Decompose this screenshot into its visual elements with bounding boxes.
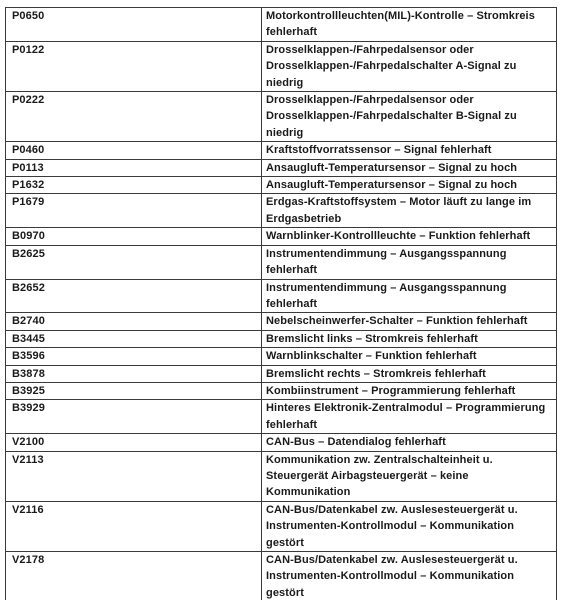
fault-code-cell: P0460	[6, 142, 262, 159]
table-row: V2100 CAN-Bus – Datendialog fehlerhaft	[6, 434, 557, 451]
table-row: B3878 Bremslicht rechts – Stromkreis feh…	[6, 365, 557, 382]
fault-description-cell: Kombiinstrument – Programmierung fehlerh…	[262, 382, 557, 399]
fault-description-cell: Instrumentendimmung – Ausgangsspannung f…	[262, 279, 557, 313]
fault-code-cell: B3929	[6, 400, 262, 434]
fault-description-cell: Ansaugluft-Temperatursensor – Signal zu …	[262, 177, 557, 194]
fault-code-cell: B2652	[6, 279, 262, 313]
table-row: B2740 Nebelscheinwerfer-Schalter – Funkt…	[6, 313, 557, 330]
fault-code-cell: B3925	[6, 382, 262, 399]
fault-code-cell: V2113	[6, 451, 262, 501]
fault-description-cell: Warnblinkschalter – Funktion fehlerhaft	[262, 348, 557, 365]
fault-description-cell: Motorkontrollleuchten(MIL)-Kontrolle – S…	[262, 8, 557, 42]
fault-description-cell: Warnblinker-Kontrollleuchte – Funktion f…	[262, 228, 557, 245]
fault-code-table: P0650 Motorkontrollleuchten(MIL)-Kontrol…	[5, 7, 557, 600]
fault-code-cell: V2100	[6, 434, 262, 451]
fault-description-cell: Kommunikation zw. Zentralschalteinheit u…	[262, 451, 557, 501]
table-row: B3925 Kombiinstrument – Programmierung f…	[6, 382, 557, 399]
fault-description-cell: Drosselklappen-/Fahrpedalsensor oder Dro…	[262, 41, 557, 91]
fault-code-cell: B3596	[6, 348, 262, 365]
table-row: V2178 CAN-Bus/Datenkabel zw. Auslesesteu…	[6, 552, 557, 600]
table-row: P0113 Ansaugluft-Temperatursensor – Sign…	[6, 159, 557, 176]
fault-description-cell: Erdgas-Kraftstoffsystem – Motor läuft zu…	[262, 194, 557, 228]
fault-code-cell: B3445	[6, 330, 262, 347]
fault-code-cell: P0650	[6, 8, 262, 42]
table-row: B2652 Instrumentendimmung – Ausgangsspan…	[6, 279, 557, 313]
fault-description-cell: Hinteres Elektronik-Zentralmodul – Progr…	[262, 400, 557, 434]
table-row: B3445 Bremslicht links – Stromkreis fehl…	[6, 330, 557, 347]
fault-code-cell: P0113	[6, 159, 262, 176]
fault-code-rows: P0650 Motorkontrollleuchten(MIL)-Kontrol…	[6, 8, 557, 600]
table-row: B3929 Hinteres Elektronik-Zentralmodul –…	[6, 400, 557, 434]
fault-description-cell: CAN-Bus – Datendialog fehlerhaft	[262, 434, 557, 451]
fault-code-cell: P1679	[6, 194, 262, 228]
table-row: P0650 Motorkontrollleuchten(MIL)-Kontrol…	[6, 8, 557, 42]
fault-description-cell: CAN-Bus/Datenkabel zw. Auslesesteuergerä…	[262, 501, 557, 551]
fault-description-cell: Bremslicht links – Stromkreis fehlerhaft	[262, 330, 557, 347]
fault-description-cell: Nebelscheinwerfer-Schalter – Funktion fe…	[262, 313, 557, 330]
table-row: P1679 Erdgas-Kraftstoffsystem – Motor lä…	[6, 194, 557, 228]
fault-code-cell: P0222	[6, 92, 262, 142]
fault-code-cell: P1632	[6, 177, 262, 194]
table-row: P1632 Ansaugluft-Temperatursensor – Sign…	[6, 177, 557, 194]
table-row: V2113 Kommunikation zw. Zentralschaltein…	[6, 451, 557, 501]
table-row: B0970 Warnblinker-Kontrollleuchte – Funk…	[6, 228, 557, 245]
fault-description-cell: Instrumentendimmung – Ausgangsspannung f…	[262, 245, 557, 279]
fault-description-cell: Bremslicht rechts – Stromkreis fehlerhaf…	[262, 365, 557, 382]
table-row: P0222 Drosselklappen-/Fahrpedalsensor od…	[6, 92, 557, 142]
fault-description-cell: Ansaugluft-Temperatursensor – Signal zu …	[262, 159, 557, 176]
table-row: P0460 Kraftstoffvorratssensor – Signal f…	[6, 142, 557, 159]
table-row: B3596 Warnblinkschalter – Funktion fehle…	[6, 348, 557, 365]
table-row: V2116 CAN-Bus/Datenkabel zw. Auslesesteu…	[6, 501, 557, 551]
fault-code-cell: P0122	[6, 41, 262, 91]
table-row: B2625 Instrumentendimmung – Ausgangsspan…	[6, 245, 557, 279]
fault-code-cell: B2740	[6, 313, 262, 330]
fault-description-cell: CAN-Bus/Datenkabel zw. Auslesesteuergerä…	[262, 552, 557, 600]
fault-description-cell: Kraftstoffvorratssensor – Signal fehlerh…	[262, 142, 557, 159]
fault-code-cell: B2625	[6, 245, 262, 279]
fault-code-cell: B3878	[6, 365, 262, 382]
fault-description-cell: Drosselklappen-/Fahrpedalsensor oder Dro…	[262, 92, 557, 142]
fault-code-cell: V2178	[6, 552, 262, 600]
table-row: P0122 Drosselklappen-/Fahrpedalsensor od…	[6, 41, 557, 91]
fault-code-cell: B0970	[6, 228, 262, 245]
fault-code-cell: V2116	[6, 501, 262, 551]
